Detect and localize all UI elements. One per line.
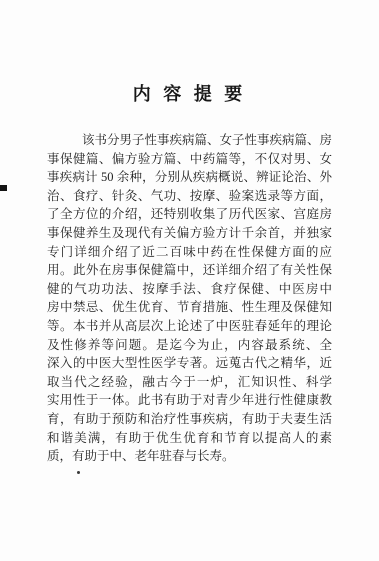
paragraph-line: 事保健篇、偏方验方篇、中药篇等，不仅对男、女性 <box>47 150 332 169</box>
paragraph-line: 育，有助于预防和治疗性事疾病，有助于夫妻生活 <box>47 410 332 429</box>
scan-artifact-dash <box>0 185 7 191</box>
paragraph-line: 及性修养等问题。是迄今为止，内容最系统、全面、 <box>47 336 332 355</box>
paragraph-line: 取当代之经验，融古今于一炉，汇知识性、科学性、 <box>47 373 332 392</box>
paragraph-line: 了全方位的介绍，还特别收集了历代医家、宫庭房 <box>47 205 332 224</box>
paragraph-line: 等。本书并从高层次上论述了中医驻春延年的理论 <box>47 317 332 336</box>
paragraph-line: 事保健养生及现代有关偏方验方计千余首，并独家 <box>47 224 332 243</box>
paragraph-line: 质，有助于中、老年驻春与长寿。 <box>47 447 332 466</box>
paragraph-line: 该书分男子性事疾病篇、女子性事疾病篇、房 <box>47 131 332 150</box>
book-abstract-page: 内 容 提 要 该书分男子性事疾病篇、女子性事疾病篇、房 事保健篇、偏方验方篇、… <box>0 0 379 561</box>
paragraph-line: 用。此外在房事保健篇中，还详细介绍了有关性保 <box>47 261 332 280</box>
paragraph-line: 房中禁忌、优生优育、节育措施、性生理及保健知识 <box>47 298 332 317</box>
paragraph-line: 专门详细介绍了近二百味中药在性保健方面的应 <box>47 243 332 262</box>
page-title: 内 容 提 要 <box>0 80 379 106</box>
paragraph-line: 治、食疗、针灸、气功、按摩、验案选录等方面，进行 <box>47 187 332 206</box>
abstract-paragraph: 该书分男子性事疾病篇、女子性事疾病篇、房 事保健篇、偏方验方篇、中药篇等，不仅对… <box>47 131 332 466</box>
paragraph-line: 实用性于一体。此书有助于对青少年进行性健康教 <box>47 391 332 410</box>
paragraph-line: 健的气功功法、按摩手法、食疗保健、中医房中术、 <box>47 280 332 299</box>
scan-artifact-speck <box>77 471 80 474</box>
paragraph-line: 和谐美满，有助于优生优育和节育以提高人的素 <box>47 429 332 448</box>
paragraph-line: 深入的中医大型性医学专著。远蒐古代之精华，近 <box>47 354 332 373</box>
paragraph-line: 事疾病计 50 余种，分别从疾病概说、辨证论治、外 <box>47 168 332 187</box>
